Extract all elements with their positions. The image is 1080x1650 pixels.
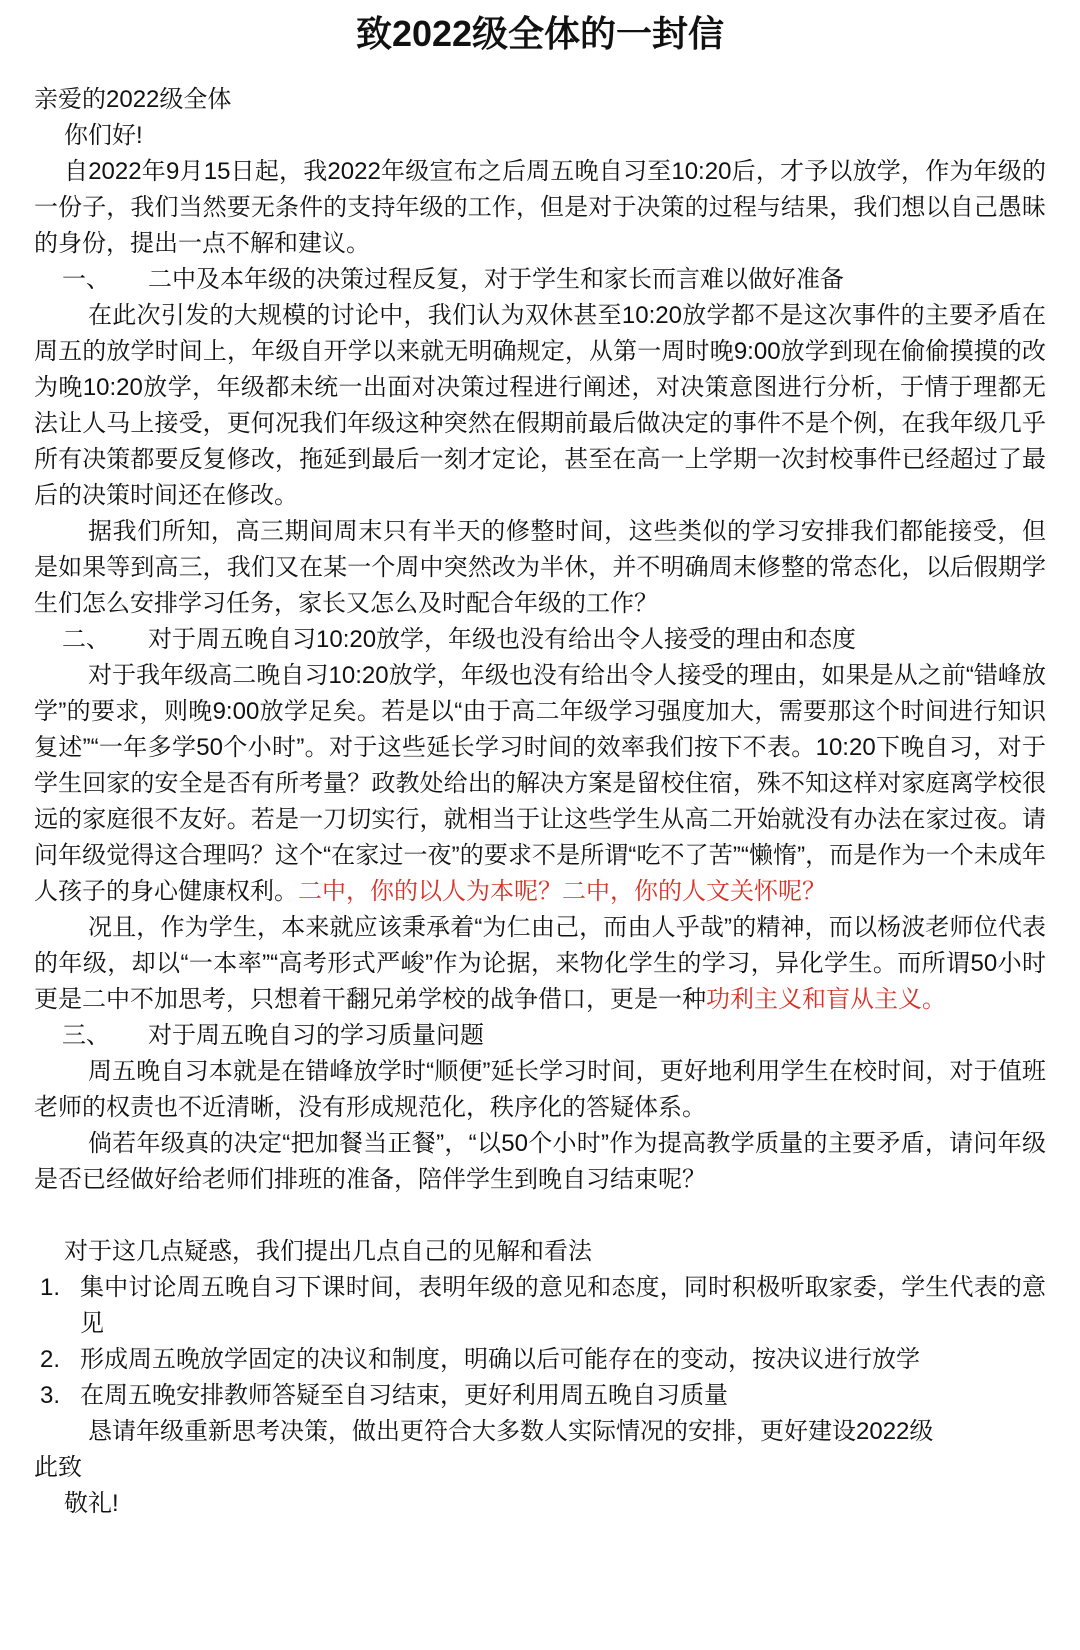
section-3-paragraph-2: 倘若年级真的决定“把加餐当正餐”，“以50个小时”作为提高教学质量的主要矛盾，请… — [34, 1126, 1046, 1198]
section-2-heading-text: 对于周五晚自习10:20放学，年级也没有给出令人接受的理由和态度 — [148, 626, 856, 653]
list-item: 3. 在周五晚安排教师答疑至自习结束，更好利用周五晚自习质量 — [34, 1378, 1046, 1414]
list-item-number: 3. — [34, 1378, 80, 1414]
letter-title: 致2022级全体的一封信 — [34, 12, 1046, 56]
section-2-paragraph-2: 况且，作为学生，本来就应该秉承着“为仁由己，而由人乎哉”的精神，而以杨波老师位代… — [34, 910, 1046, 1018]
section-2-paragraph-1: 对于我年级高二晚自习10:20放学，年级也没有给出令人接受的理由，如果是从之前“… — [34, 658, 1046, 910]
blank-line-spacer — [34, 1198, 1046, 1234]
section-3-number: 三、 — [62, 1018, 110, 1054]
closing-request: 恳请年级重新思考决策，做出更符合大多数人实际情况的安排，更好建设2022级 — [34, 1414, 1046, 1450]
paragraph-text: 对于我年级高二晚自习10:20放学，年级也没有给出令人接受的理由，如果是从之前“… — [34, 662, 1046, 905]
red-emphasis-text: 二中，你的以人为本呢？二中，你的人文关怀呢？ — [298, 878, 826, 905]
intro-paragraph: 自2022年9月15日起，我2022年级宣布之后周五晚自习至10:20后，才予以… — [34, 154, 1046, 262]
list-item-text: 形成周五晚放学固定的决议和制度，明确以后可能存在的变动，按决议进行放学 — [80, 1342, 1046, 1378]
closing-salute: 敬礼! — [34, 1486, 1046, 1522]
section-2-number: 二、 — [62, 622, 110, 658]
section-3-paragraph-1: 周五晚自习本就是在错峰放学时“顺便”延长学习时间，更好地利用学生在校时间，对于值… — [34, 1054, 1046, 1126]
section-1-paragraph-2: 据我们所知，高三期间周末只有半天的修整时间，这些类似的学习安排我们都能接受，但是… — [34, 514, 1046, 622]
list-item-number: 1. — [34, 1270, 80, 1342]
list-item: 1. 集中讨论周五晚自习下课时间，表明年级的意见和态度，同时积极听取家委，学生代… — [34, 1270, 1046, 1342]
list-item-text: 在周五晚安排教师答疑至自习结束，更好利用周五晚自习质量 — [80, 1378, 1046, 1414]
salutation: 亲爱的2022级全体 — [34, 82, 1046, 118]
section-1-paragraph-1: 在此次引发的大规模的讨论中，我们认为双休甚至10:20放学都不是这次事件的主要矛… — [34, 298, 1046, 514]
section-2-heading: 二、对于周五晚自习10:20放学，年级也没有给出令人接受的理由和态度 — [34, 622, 1046, 658]
greeting-line: 你们好! — [34, 118, 1046, 154]
section-1-heading: 一、二中及本年级的决策过程反复，对于学生和家长而言难以做好准备 — [34, 262, 1046, 298]
section-1-number: 一、 — [62, 262, 110, 298]
list-item: 2. 形成周五晚放学固定的决议和制度，明确以后可能存在的变动，按决议进行放学 — [34, 1342, 1046, 1378]
letter-document: 致2022级全体的一封信 亲爱的2022级全体 你们好! 自2022年9月15日… — [0, 0, 1080, 1650]
suggestion-list: 1. 集中讨论周五晚自习下课时间，表明年级的意见和态度，同时积极听取家委，学生代… — [34, 1270, 1046, 1414]
closing-cizhi: 此致 — [34, 1450, 1046, 1486]
list-item-text: 集中讨论周五晚自习下课时间，表明年级的意见和态度，同时积极听取家委，学生代表的意… — [80, 1270, 1046, 1342]
proposal-intro: 对于这几点疑惑，我们提出几点自己的见解和看法 — [34, 1234, 1046, 1270]
section-1-heading-text: 二中及本年级的决策过程反复，对于学生和家长而言难以做好准备 — [148, 266, 844, 293]
section-3-heading-text: 对于周五晚自习的学习质量问题 — [148, 1022, 484, 1049]
section-3-heading: 三、对于周五晚自习的学习质量问题 — [34, 1018, 1046, 1054]
red-emphasis-text: 功利主义和盲从主义。 — [706, 986, 946, 1013]
list-item-number: 2. — [34, 1342, 80, 1378]
